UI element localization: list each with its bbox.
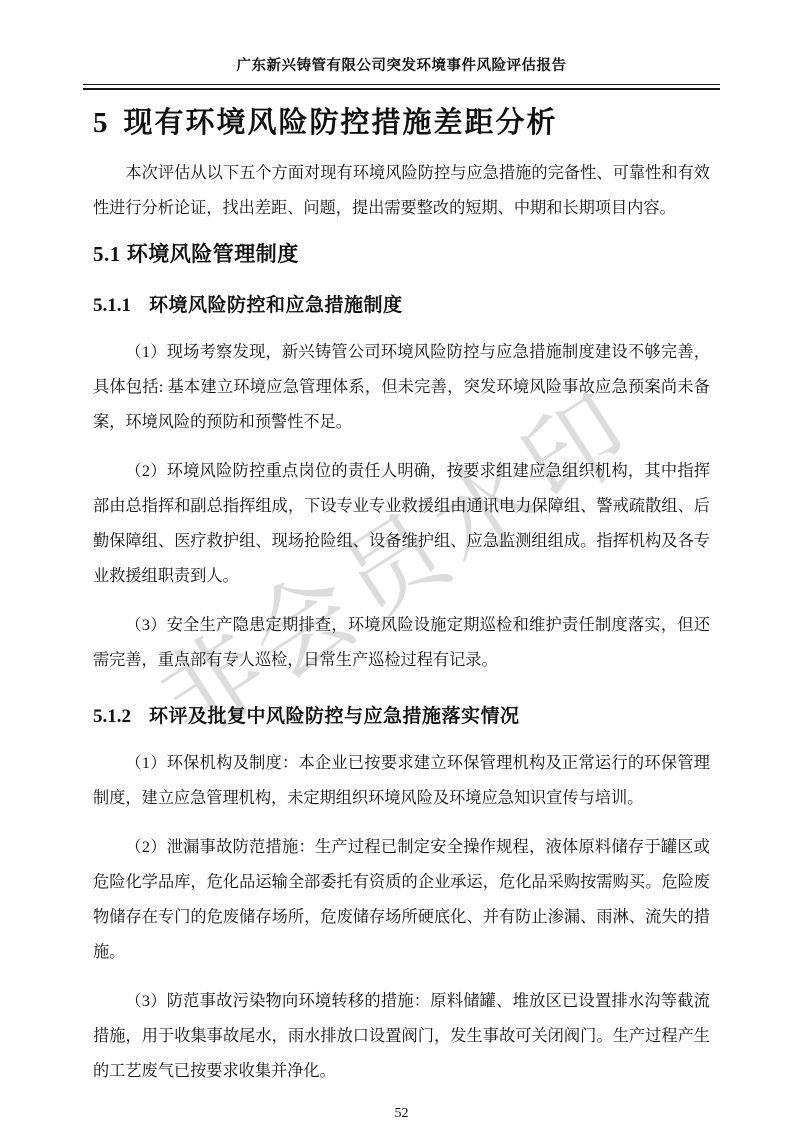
intro-paragraph: 本次评估从以下五个方面对现有环境风险防控与应急措施的完备性、可靠性和有效性进行分… (93, 156, 710, 226)
subsection-title: 环境风险防控和应急措施制度 (149, 295, 403, 316)
chapter-title: 现有环境风险防控措施差距分析 (124, 107, 558, 139)
paragraph-5-1-2-item-1: （1）环保机构及制度：本企业已按要求建立环保管理机构及正常运行的环保管理制度，建… (93, 746, 710, 816)
subsection-title: 环评及批复中风险防控与应急措施落实情况 (149, 706, 520, 727)
paragraph-5-1-1-item-1: （1）现场考察发现，新兴铸管公司环境风险防控与应急措施制度建设不够完善，具体包括… (93, 335, 710, 440)
header-double-rule (83, 84, 720, 90)
document-page: 非会员水印 广东新兴铸管有限公司突发环境事件风险评估报告 5现有环境风险防控措施… (0, 0, 793, 1122)
page-number: 52 (93, 1105, 710, 1122)
section-heading-5-1: 5.1环境风险管理制度 (93, 240, 710, 269)
subsection-number: 5.1.2 (93, 706, 131, 727)
section-title: 环境风险管理制度 (127, 243, 299, 266)
section-number: 5.1 (93, 242, 121, 266)
paragraph-5-1-1-item-2: （2）环境风险防控重点岗位的责任人明确，按要求组建应急组织机构，其中指挥部由总指… (93, 454, 710, 594)
subsection-heading-5-1-2: 5.1.2环评及批复中风险防控与应急措施落实情况 (93, 704, 710, 730)
page-content: 广东新兴铸管有限公司突发环境事件风险评估报告 5现有环境风险防控措施差距分析 本… (0, 0, 793, 1122)
chapter-number: 5 (93, 107, 108, 139)
chapter-heading: 5现有环境风险防控措施差距分析 (93, 104, 710, 142)
paragraph-5-1-1-item-3: （3）安全生产隐患定期排查，环境风险设施定期巡检和维护责任制度落实，但还需完善，… (93, 608, 710, 678)
subsection-heading-5-1-1: 5.1.1环境风险防控和应急措施制度 (93, 293, 710, 319)
paragraph-5-1-2-item-3: （3）防范事故污染物向环境转移的措施：原料储罐、堆放区已设置排水沟等截流措施，用… (93, 984, 710, 1089)
subsection-number: 5.1.1 (93, 295, 131, 316)
paragraph-5-1-2-item-2: （2）泄漏事故防范措施：生产过程已制定安全操作规程，液体原料储存于罐区或危险化学… (93, 830, 710, 970)
running-header: 广东新兴铸管有限公司突发环境事件风险评估报告 (93, 0, 710, 76)
